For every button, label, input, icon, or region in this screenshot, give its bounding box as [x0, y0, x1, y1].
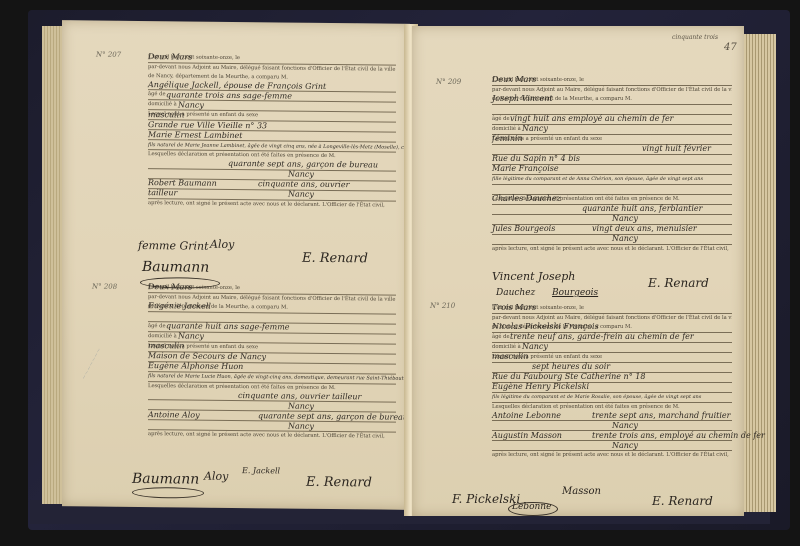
signature: Baumann	[142, 259, 209, 276]
signature-paraph	[508, 502, 558, 516]
signature: Masson	[562, 486, 601, 497]
signature: Baumann	[132, 471, 199, 488]
signature: F. Pickelski	[452, 492, 520, 506]
act-number: N° 210	[430, 302, 455, 310]
birth-act: L'an mil huit cent soixante-onze, le Deu…	[492, 76, 732, 253]
signature: E. Jackell	[242, 466, 280, 475]
signature: Aloy	[204, 470, 228, 483]
act-number: N° 209	[436, 78, 461, 86]
birth-act: L'an mil huit cent soixante-onze, le Deu…	[148, 283, 396, 441]
signature: Vincent Joseph	[492, 270, 575, 283]
signature: femme Grint	[138, 239, 209, 253]
signature: Bourgeois	[552, 288, 598, 298]
folio-number: 47	[724, 42, 737, 53]
act-number: N° 208	[92, 282, 117, 290]
birth-act: L'an mil huit cent soixante-onze, le Tro…	[492, 304, 732, 460]
signature: Aloy	[210, 238, 234, 251]
header-note: cinquante trois	[672, 34, 718, 41]
officer-signature: E. Renard	[306, 475, 372, 491]
officer-signature: E. Renard	[652, 494, 713, 508]
birth-act: L'an mil huit cent soixante-onze, le Deu…	[148, 53, 396, 210]
page-edges-right	[744, 34, 776, 512]
signature-paraph	[132, 487, 204, 499]
left-page: ~~~~~~~ N° 207 L'an mil huit cent soixan…	[62, 20, 410, 510]
margin-pencil-note: ~~~~~~~	[80, 347, 103, 381]
right-page: cinquante trois 47 N° 209 L'an mil huit …	[412, 26, 744, 516]
officer-signature: E. Renard	[648, 276, 709, 290]
officer-signature: E. Renard	[302, 251, 368, 267]
page-edges-left	[42, 26, 64, 504]
act-number: N° 207	[96, 51, 121, 59]
signature: Dauchez	[496, 288, 535, 298]
